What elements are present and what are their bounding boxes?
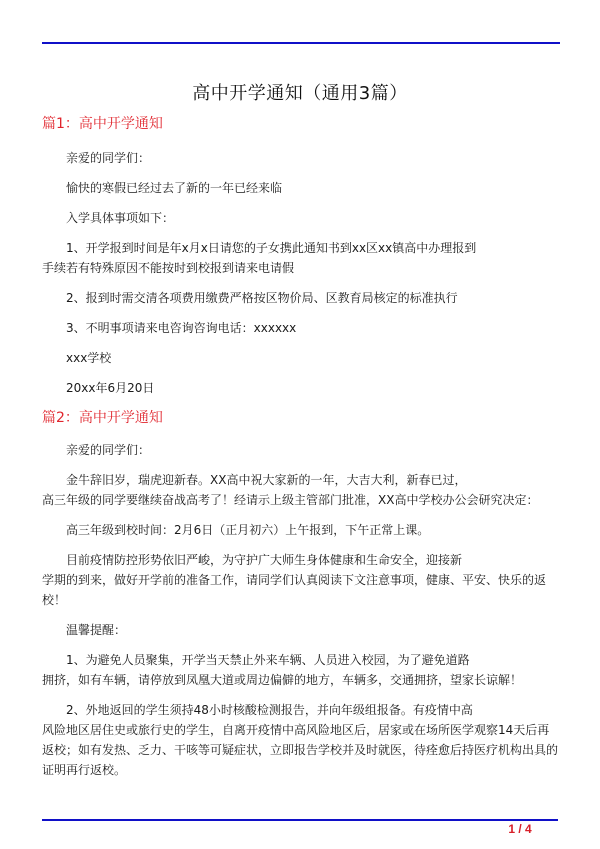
- signature-school: xxx学校: [42, 348, 560, 368]
- signature-date: 20xx年6月20日: [42, 378, 560, 398]
- paragraph-line-2: 高三年级的同学要继续奋战高考了！经请示上级主管部门批准，XX高中学校办公会研究决…: [42, 490, 560, 510]
- reminder-1-line-1: 1、为避免人员聚集，开学当天禁止外来车辆、人员进入校园，为了避免道路: [42, 650, 560, 670]
- page-indicator: 1 / 4: [500, 822, 540, 836]
- reminder-2-line-2: 风险地区居住史或旅行史的学生，自离开疫情中高风险地区后，居家或在场所医学观察14…: [42, 720, 560, 780]
- paragraph: 高三年级到校时间：2月6日（正月初六）上午报到，下午正常上课。: [42, 520, 560, 540]
- footer-rule: [42, 819, 558, 821]
- salutation: 亲爱的同学们：: [42, 440, 560, 460]
- paragraph: 愉快的寒假已经过去了新的一年已经来临: [42, 178, 560, 198]
- document-title: 高中开学通知（通用3篇）: [0, 79, 600, 105]
- paragraph-line-2: 学期的到来，做好开学前的准备工作，请同学们认真阅读下文注意事项，健康、平安、快乐…: [42, 570, 560, 610]
- list-item-3: 3、不明事项请来电咨询咨询电话：xxxxxx: [42, 318, 560, 338]
- paragraph: 入学具体事项如下：: [42, 208, 560, 228]
- section-heading-2: 篇2：高中开学通知: [42, 406, 560, 430]
- list-item-2: 2、报到时需交清各项费用缴费严格按区物价局、区教育局核定的标准执行: [42, 288, 560, 308]
- header-rule: [42, 42, 560, 44]
- section-heading-1: 篇1：高中开学通知: [42, 112, 560, 136]
- salutation: 亲爱的同学们：: [42, 148, 560, 168]
- reminder-2-line-1: 2、外地返回的学生须持48小时核酸检测报告，并向年级组报备。有疫情中高: [42, 700, 560, 720]
- document-body: 篇1：高中开学通知 亲爱的同学们： 愉快的寒假已经过去了新的一年已经来临 入学具…: [42, 112, 560, 780]
- paragraph-line-1: 目前疫情防控形势依旧严峻，为守护广大师生身体健康和生命安全，迎接新: [42, 550, 560, 570]
- reminder-1-line-2: 拥挤，如有车辆，请停放到凤凰大道或周边偏僻的地方，车辆多，交通拥挤，望家长谅解！: [42, 670, 560, 690]
- reminder-heading: 温馨提醒：: [42, 620, 560, 640]
- list-item-1-line-1: 1、开学报到时间是年x月x日请您的子女携此通知书到xx区xx镇高中办理报到: [42, 238, 560, 258]
- paragraph-line-1: 金牛辞旧岁，瑞虎迎新春。XX高中祝大家新的一年，大吉大利，新春已过，: [42, 470, 560, 490]
- list-item-1-line-2: 手续若有特殊原因不能按时到校报到请来电请假: [42, 258, 560, 278]
